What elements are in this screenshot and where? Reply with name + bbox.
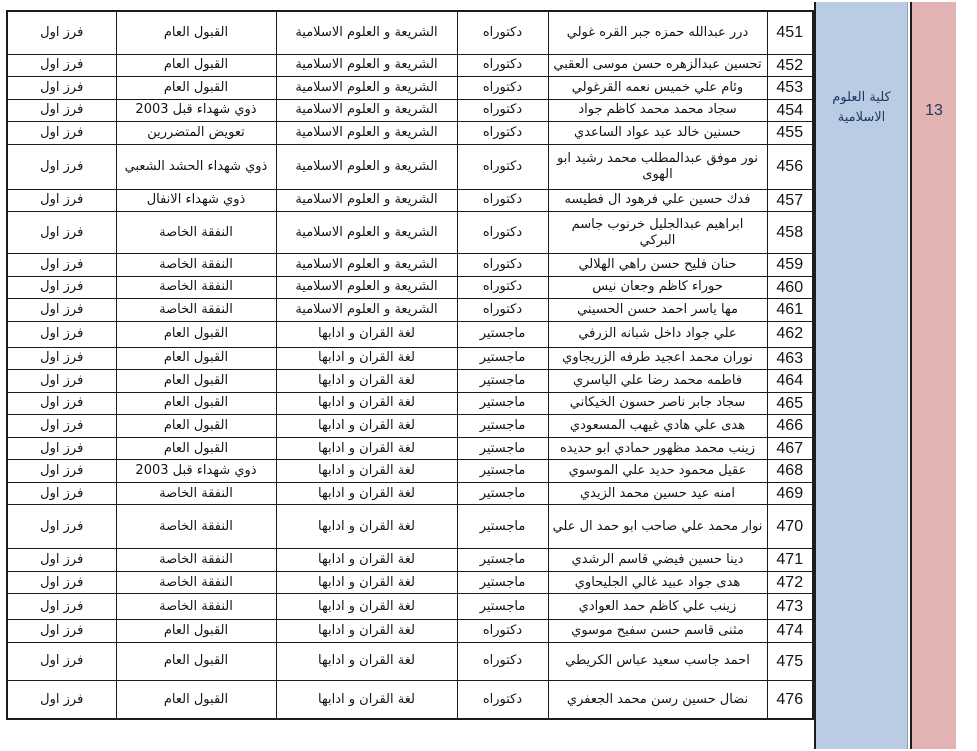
cell-sort-round: فرز اول [7, 276, 116, 299]
cell-admission-channel: القبول العام [116, 680, 276, 719]
table-row: 470 نوار محمد علي صاحب ابو حمد ال علي ما… [7, 505, 813, 549]
cell-degree: ماجستير [457, 460, 548, 483]
cell-student-name: تحسين عبدالزهره حسن موسى العقبي [548, 54, 767, 77]
table-row: 461 مها ياسر احمد حسن الحسيني دكتوراه ال… [7, 299, 813, 322]
cell-degree: دكتوراه [457, 122, 548, 145]
cell-department: لغة القران و ادابها [276, 392, 457, 415]
cell-department: الشريعة و العلوم الاسلامية [276, 144, 457, 189]
cell-serial-number: 466 [767, 415, 813, 438]
cell-admission-channel: ذوي شهداء قبل 2003 [116, 460, 276, 483]
cell-sort-round: فرز اول [7, 392, 116, 415]
cell-serial-number: 456 [767, 144, 813, 189]
cell-department: الشريعة و العلوم الاسلامية [276, 54, 457, 77]
cell-department: الشريعة و العلوم الاسلامية [276, 254, 457, 277]
cell-admission-channel: ذوي شهداء الحشد الشعبي [116, 144, 276, 189]
cell-sort-round: فرز اول [7, 482, 116, 505]
cell-department: الشريعة و العلوم الاسلامية [276, 77, 457, 100]
cell-degree: دكتوراه [457, 99, 548, 122]
cell-admission-channel: النفقة الخاصة [116, 594, 276, 620]
cell-department: الشريعة و العلوم الاسلامية [276, 212, 457, 254]
cell-serial-number: 460 [767, 276, 813, 299]
table-row: 464 فاطمه محمد رضا علي الياسري ماجستير ل… [7, 370, 813, 393]
scanned-admission-list-page: 451 درر عبدالله حمزه جبر القره غولي دكتو… [0, 0, 977, 751]
cell-department: لغة القران و ادابها [276, 437, 457, 460]
cell-admission-channel: القبول العام [116, 347, 276, 370]
college-column: كلية العلوم الاسلامية [814, 2, 908, 749]
cell-degree: دكتوراه [457, 212, 548, 254]
cell-serial-number: 471 [767, 549, 813, 572]
cell-department: لغة القران و ادابها [276, 370, 457, 393]
table-row: 456 نور موفق عبدالمطلب محمد رشيد ابو اله… [7, 144, 813, 189]
cell-student-name: سجاد محمد محمد كاظم جواد [548, 99, 767, 122]
cell-admission-channel: القبول العام [116, 11, 276, 54]
table-row: 471 دينا حسين فيضي قاسم الرشدي ماجستير ل… [7, 549, 813, 572]
cell-degree: ماجستير [457, 415, 548, 438]
cell-degree: ماجستير [457, 505, 548, 549]
table-row: 472 هدى جواد عبيد غالي الجليحاوي ماجستير… [7, 571, 813, 594]
cell-student-name: احمد جاسب سعيد عباس الكريطي [548, 642, 767, 680]
cell-degree: دكتوراه [457, 620, 548, 643]
cell-serial-number: 453 [767, 77, 813, 100]
cell-serial-number: 462 [767, 321, 813, 347]
cell-serial-number: 459 [767, 254, 813, 277]
cell-serial-number: 470 [767, 505, 813, 549]
cell-student-name: نضال حسين رسن محمد الجعفري [548, 680, 767, 719]
cell-sort-round: فرز اول [7, 415, 116, 438]
cell-admission-channel: القبول العام [116, 415, 276, 438]
cell-student-name: حوراء كاظم وجعان نيس [548, 276, 767, 299]
cell-sort-round: فرز اول [7, 642, 116, 680]
cell-student-name: مثنى قاسم حسن سفيح موسوي [548, 620, 767, 643]
cell-degree: ماجستير [457, 437, 548, 460]
cell-student-name: درر عبدالله حمزه جبر القره غولي [548, 11, 767, 54]
cell-department: لغة القران و ادابها [276, 571, 457, 594]
cell-department: الشريعة و العلوم الاسلامية [276, 189, 457, 212]
cell-admission-channel: النفقة الخاصة [116, 482, 276, 505]
cell-admission-channel: القبول العام [116, 370, 276, 393]
cell-admission-channel: النفقة الخاصة [116, 254, 276, 277]
table-row: 458 ابراهيم عبدالجليل خرنوب جاسم البركي … [7, 212, 813, 254]
cell-serial-number: 476 [767, 680, 813, 719]
cell-admission-channel: القبول العام [116, 642, 276, 680]
table-row: 473 زينب علي كاظم حمد العوادي ماجستير لغ… [7, 594, 813, 620]
cell-sort-round: فرز اول [7, 54, 116, 77]
cell-sort-round: فرز اول [7, 549, 116, 572]
cell-department: لغة القران و ادابها [276, 482, 457, 505]
table-row: 451 درر عبدالله حمزه جبر القره غولي دكتو… [7, 11, 813, 54]
cell-degree: دكتوراه [457, 54, 548, 77]
cell-sort-round: فرز اول [7, 680, 116, 719]
cell-admission-channel: القبول العام [116, 437, 276, 460]
cell-sort-round: فرز اول [7, 189, 116, 212]
cell-student-name: وئام علي خميس نعمه القرغولي [548, 77, 767, 100]
cell-degree: دكتوراه [457, 276, 548, 299]
cell-sort-round: فرز اول [7, 321, 116, 347]
cell-sort-round: فرز اول [7, 299, 116, 322]
cell-degree: ماجستير [457, 347, 548, 370]
cell-sort-round: فرز اول [7, 437, 116, 460]
cell-serial-number: 464 [767, 370, 813, 393]
cell-serial-number: 452 [767, 54, 813, 77]
cell-serial-number: 467 [767, 437, 813, 460]
cell-student-name: حسنين خالد عبد عواد الساعدي [548, 122, 767, 145]
cell-sort-round: فرز اول [7, 99, 116, 122]
college-name-label: كلية العلوم الاسلامية [816, 88, 907, 128]
cell-student-name: زينب علي كاظم حمد العوادي [548, 594, 767, 620]
cell-admission-channel: القبول العام [116, 392, 276, 415]
admission-table-body: 451 درر عبدالله حمزه جبر القره غولي دكتو… [7, 11, 813, 719]
cell-admission-channel: القبول العام [116, 77, 276, 100]
cell-serial-number: 465 [767, 392, 813, 415]
cell-degree: دكتوراه [457, 77, 548, 100]
table-row: 468 عقيل محمود حديد علي الموسوي ماجستير … [7, 460, 813, 483]
cell-department: الشريعة و العلوم الاسلامية [276, 99, 457, 122]
cell-degree: ماجستير [457, 321, 548, 347]
table-row: 476 نضال حسين رسن محمد الجعفري دكتوراه ل… [7, 680, 813, 719]
cell-sort-round: فرز اول [7, 11, 116, 54]
cell-student-name: فاطمه محمد رضا علي الياسري [548, 370, 767, 393]
table-row: 459 حنان فليح حسن راهي الهلالي دكتوراه ا… [7, 254, 813, 277]
cell-admission-channel: ذوي شهداء قبل 2003 [116, 99, 276, 122]
cell-degree: ماجستير [457, 370, 548, 393]
cell-degree: ماجستير [457, 482, 548, 505]
cell-student-name: علي جواد داخل شبانه الزرفي [548, 321, 767, 347]
cell-serial-number: 468 [767, 460, 813, 483]
cell-admission-channel: النفقة الخاصة [116, 299, 276, 322]
table-row: 457 فدك حسين علي فرهود ال فطيسه دكتوراه … [7, 189, 813, 212]
cell-degree: دكتوراه [457, 299, 548, 322]
cell-department: لغة القران و ادابها [276, 620, 457, 643]
cell-admission-channel: تعويض المتضررين [116, 122, 276, 145]
cell-student-name: حنان فليح حسن راهي الهلالي [548, 254, 767, 277]
cell-sort-round: فرز اول [7, 594, 116, 620]
table-row: 452 تحسين عبدالزهره حسن موسى العقبي دكتو… [7, 54, 813, 77]
cell-degree: ماجستير [457, 571, 548, 594]
cell-admission-channel: النفقة الخاصة [116, 276, 276, 299]
cell-degree: دكتوراه [457, 642, 548, 680]
cell-admission-channel: القبول العام [116, 620, 276, 643]
cell-serial-number: 463 [767, 347, 813, 370]
table-row: 463 نوران محمد اعجيد طرفه الزريجاوي ماجس… [7, 347, 813, 370]
cell-sort-round: فرز اول [7, 620, 116, 643]
cell-student-name: مها ياسر احمد حسن الحسيني [548, 299, 767, 322]
cell-sort-round: فرز اول [7, 144, 116, 189]
cell-sort-round: فرز اول [7, 212, 116, 254]
cell-degree: دكتوراه [457, 254, 548, 277]
cell-department: لغة القران و ادابها [276, 642, 457, 680]
cell-department: لغة القران و ادابها [276, 680, 457, 719]
cell-serial-number: 457 [767, 189, 813, 212]
cell-student-name: نور موفق عبدالمطلب محمد رشيد ابو الهوى [548, 144, 767, 189]
table-row: 453 وئام علي خميس نعمه القرغولي دكتوراه … [7, 77, 813, 100]
cell-department: لغة القران و ادابها [276, 549, 457, 572]
admission-table: 451 درر عبدالله حمزه جبر القره غولي دكتو… [6, 10, 814, 720]
cell-admission-channel: القبول العام [116, 321, 276, 347]
cell-student-name: نوار محمد علي صاحب ابو حمد ال علي [548, 505, 767, 549]
cell-admission-channel: القبول العام [116, 54, 276, 77]
page-number-column: 13 [910, 2, 956, 749]
table-row: 462 علي جواد داخل شبانه الزرفي ماجستير ل… [7, 321, 813, 347]
table-row: 467 زينب محمد مظهور حمادي ابو حديده ماجس… [7, 437, 813, 460]
cell-degree: ماجستير [457, 594, 548, 620]
cell-serial-number: 461 [767, 299, 813, 322]
cell-department: الشريعة و العلوم الاسلامية [276, 299, 457, 322]
cell-admission-channel: النفقة الخاصة [116, 549, 276, 572]
cell-department: لغة القران و ادابها [276, 321, 457, 347]
cell-student-name: دينا حسين فيضي قاسم الرشدي [548, 549, 767, 572]
table-row: 474 مثنى قاسم حسن سفيح موسوي دكتوراه لغة… [7, 620, 813, 643]
cell-serial-number: 454 [767, 99, 813, 122]
cell-admission-channel: النفقة الخاصة [116, 571, 276, 594]
cell-student-name: هدى علي هادي غيهب المسعودي [548, 415, 767, 438]
cell-degree: ماجستير [457, 392, 548, 415]
cell-department: لغة القران و ادابها [276, 415, 457, 438]
cell-serial-number: 475 [767, 642, 813, 680]
cell-serial-number: 469 [767, 482, 813, 505]
table-row: 454 سجاد محمد محمد كاظم جواد دكتوراه الش… [7, 99, 813, 122]
cell-department: لغة القران و ادابها [276, 594, 457, 620]
cell-admission-channel: النفقة الخاصة [116, 505, 276, 549]
cell-degree: دكتوراه [457, 11, 548, 54]
page-number-label: 13 [912, 102, 956, 120]
cell-student-name: هدى جواد عبيد غالي الجليحاوي [548, 571, 767, 594]
cell-department: لغة القران و ادابها [276, 460, 457, 483]
cell-serial-number: 451 [767, 11, 813, 54]
cell-student-name: عقيل محمود حديد علي الموسوي [548, 460, 767, 483]
cell-sort-round: فرز اول [7, 122, 116, 145]
cell-student-name: ابراهيم عبدالجليل خرنوب جاسم البركي [548, 212, 767, 254]
cell-department: الشريعة و العلوم الاسلامية [276, 11, 457, 54]
cell-sort-round: فرز اول [7, 347, 116, 370]
table-row: 455 حسنين خالد عبد عواد الساعدي دكتوراه … [7, 122, 813, 145]
cell-sort-round: فرز اول [7, 505, 116, 549]
cell-admission-channel: ذوي شهداء الانفال [116, 189, 276, 212]
cell-serial-number: 472 [767, 571, 813, 594]
cell-sort-round: فرز اول [7, 254, 116, 277]
cell-serial-number: 455 [767, 122, 813, 145]
table-row: 475 احمد جاسب سعيد عباس الكريطي دكتوراه … [7, 642, 813, 680]
cell-serial-number: 474 [767, 620, 813, 643]
cell-admission-channel: النفقة الخاصة [116, 212, 276, 254]
cell-degree: دكتوراه [457, 144, 548, 189]
table-row: 466 هدى علي هادي غيهب المسعودي ماجستير ل… [7, 415, 813, 438]
cell-student-name: نوران محمد اعجيد طرفه الزريجاوي [548, 347, 767, 370]
cell-department: الشريعة و العلوم الاسلامية [276, 276, 457, 299]
cell-serial-number: 458 [767, 212, 813, 254]
cell-sort-round: فرز اول [7, 77, 116, 100]
cell-student-name: فدك حسين علي فرهود ال فطيسه [548, 189, 767, 212]
table-row: 460 حوراء كاظم وجعان نيس دكتوراه الشريعة… [7, 276, 813, 299]
cell-degree: دكتوراه [457, 680, 548, 719]
cell-sort-round: فرز اول [7, 460, 116, 483]
cell-sort-round: فرز اول [7, 571, 116, 594]
cell-degree: ماجستير [457, 549, 548, 572]
cell-department: الشريعة و العلوم الاسلامية [276, 122, 457, 145]
cell-student-name: زينب محمد مظهور حمادي ابو حديده [548, 437, 767, 460]
cell-sort-round: فرز اول [7, 370, 116, 393]
cell-department: لغة القران و ادابها [276, 347, 457, 370]
cell-student-name: سجاد جابر ناصر حسون الخيكاني [548, 392, 767, 415]
cell-department: لغة القران و ادابها [276, 505, 457, 549]
cell-degree: دكتوراه [457, 189, 548, 212]
table-row: 469 امنه عيد حسين محمد الزيدي ماجستير لغ… [7, 482, 813, 505]
cell-serial-number: 473 [767, 594, 813, 620]
table-row: 465 سجاد جابر ناصر حسون الخيكاني ماجستير… [7, 392, 813, 415]
cell-student-name: امنه عيد حسين محمد الزيدي [548, 482, 767, 505]
